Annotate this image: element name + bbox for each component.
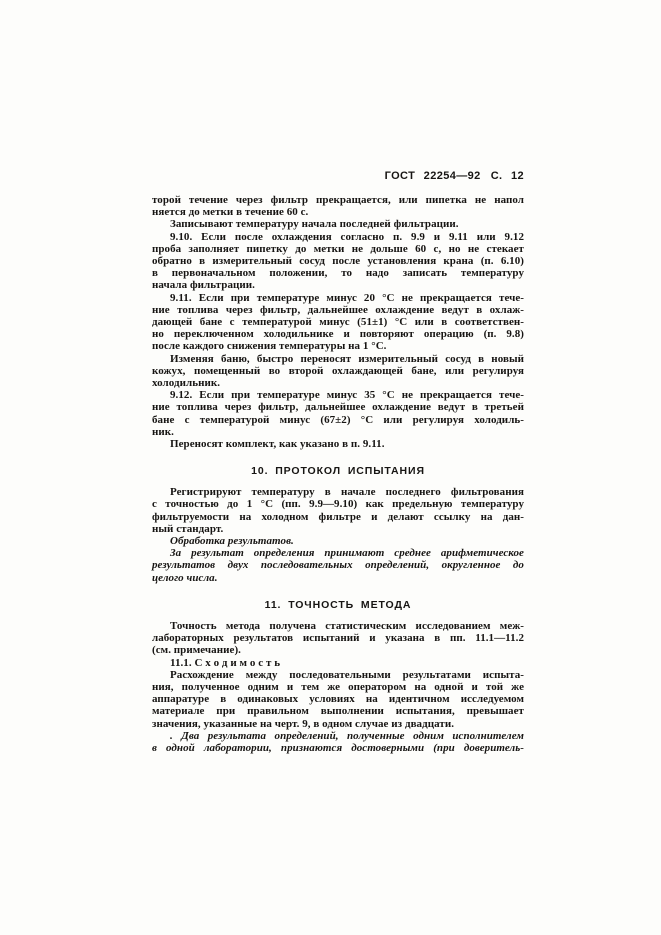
standard-number: ГОСТ 22254—92 — [385, 170, 481, 182]
paragraph: Обработка результатов. — [152, 535, 524, 547]
text-line: ник. — [152, 426, 524, 438]
text-line: фильтруемости на холодном фильтре и дела… — [152, 511, 524, 523]
paragraph: Расхождение между последовательными резу… — [152, 669, 524, 730]
text-line: целого числа. — [152, 572, 524, 584]
text-line: 9.10. Если после охлаждения согласно п. … — [152, 231, 524, 243]
paragraph: Переносят комплект, как указано в п. 9.1… — [152, 438, 524, 450]
document-body: торой течение через фильтр прекращается,… — [152, 194, 524, 754]
text-line: в первоначальном положении, то надо запи… — [152, 267, 524, 279]
text-line: Регистрируют температуру в начале послед… — [152, 486, 524, 498]
text-line: ние топлива через фильтр, дальнейшее охл… — [152, 304, 524, 316]
text-line: бане с температурой минус (67±2) °С или … — [152, 414, 524, 426]
text-line: холодильник. — [152, 377, 524, 389]
text-line: в одной лаборатории, признаются достовер… — [152, 742, 524, 754]
paragraph: . Два результата определений, полученные… — [152, 730, 524, 754]
text-line: Изменяя баню, быстро переносят измерител… — [152, 353, 524, 365]
text-line: аппаратуре в одинаковых условиях на иден… — [152, 693, 524, 705]
text-line: кожух, помещенный во второй охлаждающей … — [152, 365, 524, 377]
text-line: но переключенном холодильнике и повторяю… — [152, 328, 524, 340]
text-line: начала фильтрации. — [152, 279, 524, 291]
paragraph: Записывают температуру начала последней … — [152, 218, 524, 230]
text-line: результатов двух последовательных опреде… — [152, 559, 524, 571]
section-heading: 10. ПРОТОКОЛ ИСПЫТАНИЯ — [152, 465, 524, 477]
text-line: За результат определения принимают средн… — [152, 547, 524, 559]
text-line: Обработка результатов. — [152, 535, 524, 547]
page-number: С. 12 — [491, 170, 524, 182]
text-line: значения, указанные на черт. 9, в одном … — [152, 718, 524, 730]
paragraph: 9.10. Если после охлаждения согласно п. … — [152, 231, 524, 292]
text-line: Переносят комплект, как указано в п. 9.1… — [152, 438, 524, 450]
text-line: няется до метки в течение 60 с. — [152, 206, 524, 218]
text-line: ние топлива через фильтр, дальнейшее охл… — [152, 401, 524, 413]
text-line: . Два результата определений, полученные… — [152, 730, 524, 742]
text-line: Точность метода получена статистическим … — [152, 620, 524, 632]
running-header: ГОСТ 22254—92С. 12 — [152, 170, 524, 182]
paragraph: Точность метода получена статистическим … — [152, 620, 524, 657]
text-line: обратно в измерительный сосуд после уста… — [152, 255, 524, 267]
paragraph: 9.11. Если при температуре минус 20 °С н… — [152, 292, 524, 353]
text-line: с точностью до 1 °С (пп. 9.9—9.10) как п… — [152, 498, 524, 510]
text-line: Записывают температуру начала последней … — [152, 218, 524, 230]
text-line: 9.12. Если при температуре минус 35 °С н… — [152, 389, 524, 401]
text-line: торой течение через фильтр прекращается,… — [152, 194, 524, 206]
paragraph: торой течение через фильтр прекращается,… — [152, 194, 524, 218]
document-page: ГОСТ 22254—92С. 12 торой течение через ф… — [0, 0, 661, 935]
text-line: Расхождение между последовательными резу… — [152, 669, 524, 681]
text-line: (см. примечание). — [152, 644, 524, 656]
paragraph: Изменяя баню, быстро переносят измерител… — [152, 353, 524, 390]
text-line: материале при правильном выполнении испы… — [152, 705, 524, 717]
text-line: после каждого снижения температуры на 1 … — [152, 340, 524, 352]
text-line: дающей бане с температурой минус (51±1) … — [152, 316, 524, 328]
text-line: 11.1. С х о д и м о с т ь — [152, 657, 524, 669]
text-line: ный стандарт. — [152, 523, 524, 535]
text-line: лабораторных результатов испытаний и ука… — [152, 632, 524, 644]
text-line: 9.11. Если при температуре минус 20 °С н… — [152, 292, 524, 304]
paragraph: 11.1. С х о д и м о с т ь — [152, 657, 524, 669]
text-line: проба заполняет пипетку до метки не доль… — [152, 243, 524, 255]
text-line: ния, полученное одним и тем же операторо… — [152, 681, 524, 693]
paragraph: Регистрируют температуру в начале послед… — [152, 486, 524, 535]
paragraph: За результат определения принимают средн… — [152, 547, 524, 584]
section-heading: 11. ТОЧНОСТЬ МЕТОДА — [152, 599, 524, 611]
paragraph: 9.12. Если при температуре минус 35 °С н… — [152, 389, 524, 438]
